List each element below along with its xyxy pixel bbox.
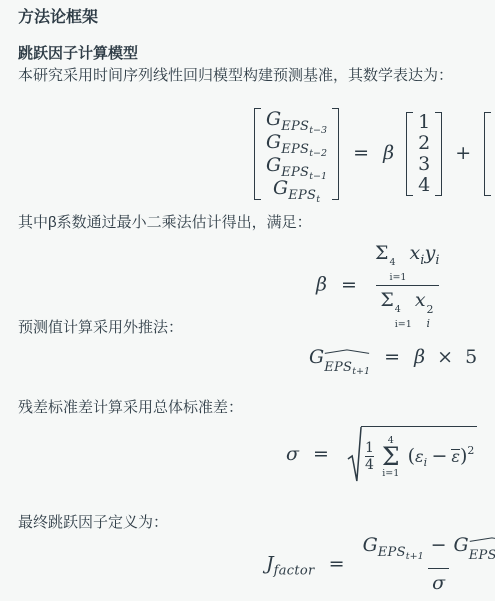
var-x: x: [415, 289, 426, 311]
equals-sign: =: [353, 142, 369, 164]
plus-sign: +: [455, 142, 471, 164]
sum-lower: i=1: [382, 469, 399, 479]
widehat-group: EPSt+1: [469, 537, 495, 565]
matrix-row: GEPSt: [266, 177, 327, 200]
matrix-row: 3: [418, 154, 430, 175]
sup-2: 2: [427, 304, 434, 315]
fraction-one-fourth: 14: [365, 441, 374, 474]
var-epsilon: ε: [415, 447, 424, 466]
var-G: G: [309, 346, 324, 368]
var-G: G: [363, 534, 378, 556]
page-title: 方法论框架: [18, 4, 98, 27]
sum-upper: 4: [389, 258, 395, 268]
sub-time: t+1: [406, 551, 424, 562]
sum-lower: i=1: [395, 320, 412, 330]
sum-limits: 4i=1: [395, 305, 412, 329]
sub-eps: EPS: [324, 360, 352, 375]
sub-factor: factor: [274, 564, 315, 579]
paragraph-forecast: 预测值计算采用外推法：: [18, 316, 183, 337]
fraction-denominator: Σ4i=1x2i: [376, 285, 438, 329]
fraction: GEPSt+1−GEPSt+1 σ: [359, 534, 495, 595]
equation-beta-ols: β = Σ4i=1xiyi Σ4i=1x2i: [316, 242, 444, 329]
equation-sigma: σ = 14 4Σi=1 (εi−ε)2: [286, 426, 477, 484]
matrix-lhs: GEPSt−3 GEPSt−2 GEPSt−1 GEPSt: [254, 108, 339, 200]
sub-i: i: [424, 456, 428, 469]
widehat-group: EPSt+1: [324, 349, 370, 377]
var-G: G: [273, 177, 288, 199]
paragraph-model-intro: 本研究采用时间序列线性回归模型构建预测基准，其数学表达为：: [18, 64, 453, 85]
left-bracket: [406, 112, 413, 196]
right-bracket: [435, 112, 442, 196]
sigma-sum: Σ: [380, 289, 393, 311]
var-sigma: σ: [286, 443, 299, 465]
matrix-eps-vector: ε1 ε2 ε3 ε4: [484, 112, 495, 196]
sup-sub-stack: 2i: [427, 304, 434, 329]
var-epsilon-bar: ε: [451, 449, 460, 463]
sum-lower: i=1: [389, 273, 406, 283]
sub-eps: EPS: [469, 548, 495, 563]
equals-sign: =: [313, 443, 329, 465]
number-5: 5: [465, 346, 477, 368]
fraction-numerator: Σ4i=1xiyi: [371, 242, 444, 285]
sum-upper: 4: [395, 305, 401, 315]
equals-sign: =: [329, 553, 345, 575]
sigma-sum: Σ: [382, 445, 400, 469]
square-root: 14 4Σi=1 (εi−ε)2: [347, 426, 477, 484]
sub-time: t+1: [352, 366, 370, 377]
equals-sign: =: [384, 346, 400, 368]
var-beta: β: [414, 346, 425, 368]
equation-forecast: GEPSt+1 = β × 5: [309, 346, 477, 377]
fraction-denominator: σ: [428, 568, 449, 595]
var-G: G: [266, 131, 281, 153]
radicand: 14 4Σi=1 (εi−ε)2: [361, 426, 477, 484]
paragraph-sigma: 残差标准差计算采用总体标准差：: [18, 396, 243, 417]
paragraph-jump-factor: 最终跳跃因子定义为：: [18, 511, 168, 532]
squared-residual-term: (εi−ε)2: [408, 444, 475, 469]
denominator-4: 4: [365, 456, 374, 473]
sub-time: t: [316, 194, 320, 205]
sub-eps: EPS: [378, 545, 406, 560]
paragraph-beta-ols: 其中β系数通过最小二乘法估计得出，满足：: [18, 211, 312, 232]
equation-jump-factor: Jfactor = GEPSt+1−GEPSt+1 σ: [266, 534, 495, 595]
matrix-x-vector: 1 2 3 4: [406, 112, 442, 196]
left-paren: (: [408, 445, 415, 467]
fraction: Σ4i=1xiyi Σ4i=1x2i: [371, 242, 444, 329]
matrix-column: ε1 ε2 ε3 ε4: [491, 112, 495, 196]
sum-limits: 4i=1: [389, 258, 406, 282]
var-G: G: [266, 108, 281, 130]
matrix-row: 1: [418, 112, 430, 133]
sub-i: i: [427, 318, 431, 329]
var-G: G: [266, 154, 281, 176]
var-J: J: [266, 553, 274, 575]
sigma-sum: Σ: [375, 242, 388, 264]
radical-sign-icon: [347, 426, 362, 484]
var-G: G: [454, 534, 469, 556]
sub-i: i: [435, 253, 439, 268]
sub-eps: EPS: [288, 188, 316, 203]
matrix-row: 4: [418, 175, 430, 196]
equation-matrix-regression: GEPSt−3 GEPSt−2 GEPSt−1 GEPSt = β 1 2 3 …: [254, 108, 495, 200]
left-bracket: [254, 108, 261, 200]
matrix-column: GEPSt−3 GEPSt−2 GEPSt−1 GEPSt: [261, 108, 332, 200]
matrix-row: 2: [418, 133, 430, 154]
minus-sign: −: [431, 445, 447, 467]
right-bracket: [332, 108, 339, 200]
minus-sign: −: [431, 534, 447, 556]
var-beta: β: [316, 274, 327, 296]
equals-sign: =: [341, 274, 357, 296]
matrix-row: GEPSt−1: [266, 154, 327, 177]
numerator-1: 1: [365, 441, 374, 456]
section-heading: 跳跃因子计算模型: [18, 42, 138, 63]
left-bracket: [484, 112, 491, 196]
var-sigma: σ: [432, 572, 445, 594]
times-sign: ×: [437, 346, 453, 368]
fraction-numerator: GEPSt+1−GEPSt+1: [359, 534, 495, 568]
var-x: x: [409, 242, 420, 264]
var-beta: β: [383, 142, 394, 164]
sum-display: 4Σi=1: [382, 436, 400, 479]
var-y: y: [425, 242, 436, 264]
sup-2: 2: [467, 444, 474, 457]
matrix-row: GEPSt−3: [266, 108, 327, 131]
matrix-column: 1 2 3 4: [413, 112, 435, 196]
matrix-row: GEPSt−2: [266, 131, 327, 154]
document-page: 方法论框架 跳跃因子计算模型 本研究采用时间序列线性回归模型构建预测基准，其数学…: [0, 0, 495, 601]
